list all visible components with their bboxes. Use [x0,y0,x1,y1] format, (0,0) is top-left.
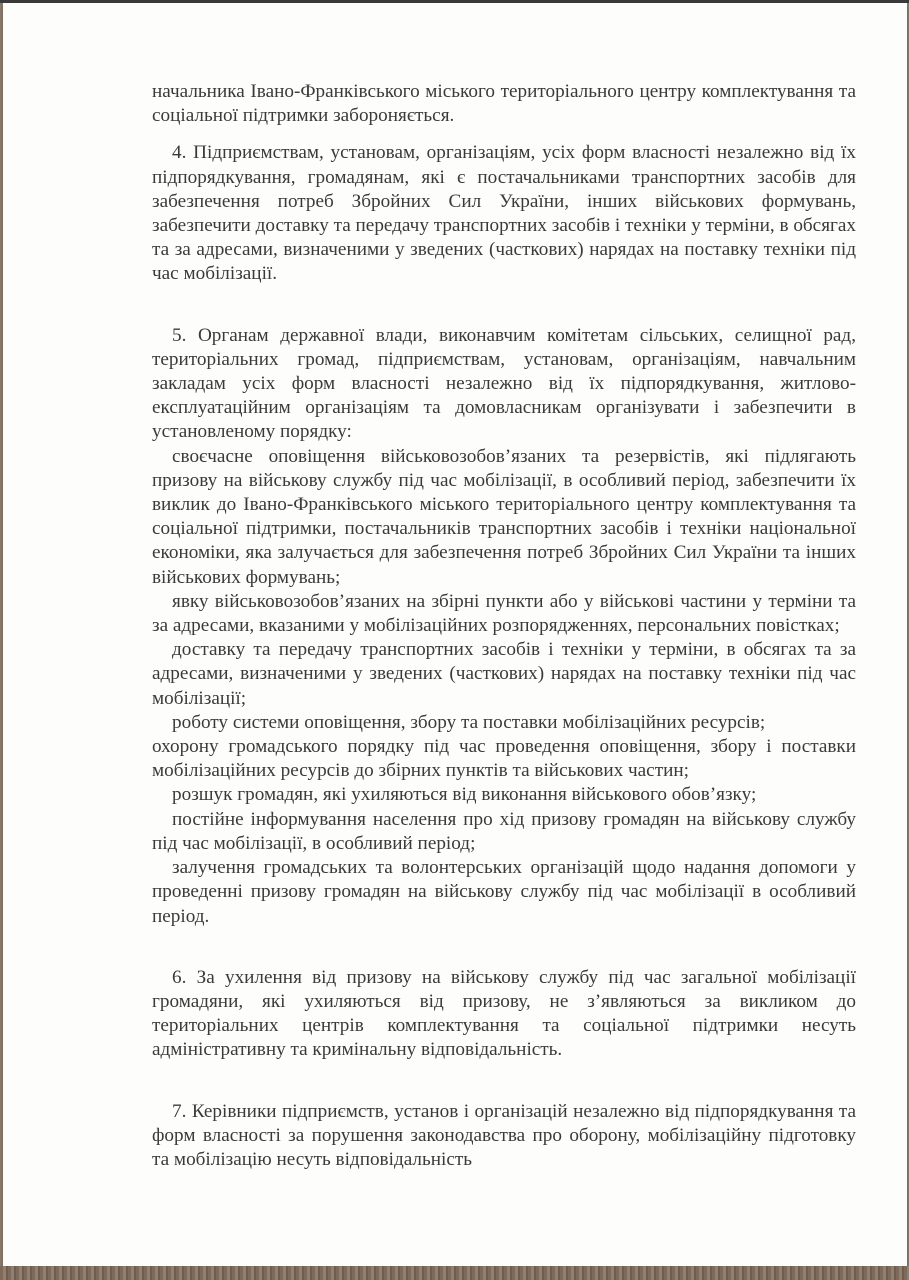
wooden-surface-background [0,1266,909,1280]
paragraph-5-item-volunteers: залучення громадських та волонтерських о… [152,856,856,929]
paragraph-5-item-vehicle-delivery: доставку та передачу транспортних засобі… [152,638,856,711]
paragraph-5-item-search: розшук громадян, які ухиляються від вико… [152,783,856,807]
paragraph-4: 4. Підприємствам, установам, організація… [152,141,856,286]
paragraph-5-item-notification: своєчасне оповіщення військовозобов’язан… [152,445,856,590]
paragraph-5-item-informing: постійне інформування населення про хід … [152,808,856,856]
paragraph-5-item-alert-system: роботу системи оповіщення, збору та пост… [152,711,856,735]
paragraph-5: 5. Органам державної влади, виконавчим к… [152,324,856,445]
paragraph-5-item-public-order: охорону громадського порядку під час про… [152,735,856,783]
paragraph-7: 7. Керівники підприємств, установ і орга… [152,1100,856,1173]
paragraph-6: 6. За ухилення від призову на військову … [152,966,856,1063]
document-body: начальника Івано-Франківського міського … [152,80,856,1172]
paragraph-5-item-attendance: явку військовозобов’язаних на збірні пун… [152,590,856,638]
paragraph-3-continuation: начальника Івано-Франківського міського … [152,80,856,128]
